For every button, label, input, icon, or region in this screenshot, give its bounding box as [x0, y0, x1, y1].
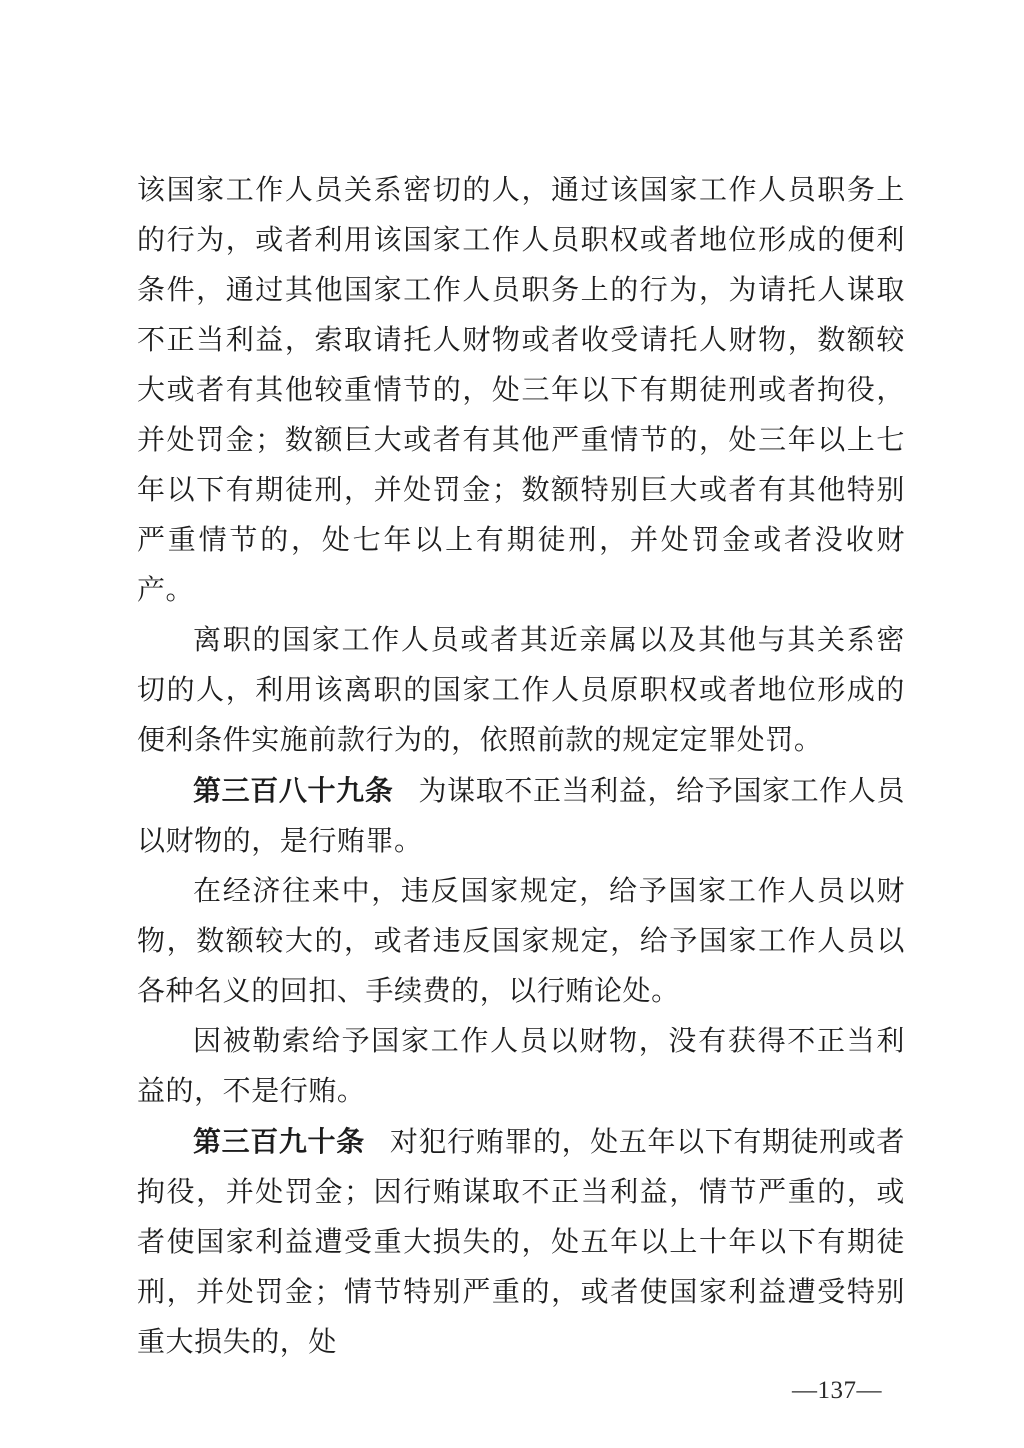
article-number: 第三百八十九条 — [193, 775, 393, 806]
paragraph: 因被勒索给予国家工作人员以财物，没有获得不正当利益的，不是行贿。 — [137, 1017, 905, 1117]
paragraph-text: 在经济往来中，违反国家规定，给予国家工作人员以财物，数额较大的，或者违反国家规定… — [137, 876, 905, 1007]
article-number: 第三百九十条 — [193, 1126, 365, 1157]
document-page: 该国家工作人员关系密切的人，通过该国家工作人员职务上的行为，或者利用该国家工作人… — [0, 0, 1024, 1448]
paragraph-text: 因被勒索给予国家工作人员以财物，没有获得不正当利益的，不是行贿。 — [137, 1026, 905, 1107]
text-block: 该国家工作人员关系密切的人，通过该国家工作人员职务上的行为，或者利用该国家工作人… — [137, 166, 905, 1368]
paragraph-text: 对犯行贿罪的，处五年以下有期徒刑或者拘役，并处罚金；因行贿谋取不正当利益，情节严… — [137, 1127, 905, 1358]
paragraph: 在经济往来中，违反国家规定，给予国家工作人员以财物，数额较大的，或者违反国家规定… — [137, 867, 905, 1017]
page-number: —137— — [792, 1376, 882, 1406]
paragraph-text: 离职的国家工作人员或者其近亲属以及其他与其关系密切的人，利用该离职的国家工作人员… — [137, 625, 905, 756]
paragraph: 该国家工作人员关系密切的人，通过该国家工作人员职务上的行为，或者利用该国家工作人… — [137, 166, 905, 616]
paragraph: 第三百九十条对犯行贿罪的，处五年以下有期徒刑或者拘役，并处罚金；因行贿谋取不正当… — [137, 1117, 905, 1368]
paragraph: 离职的国家工作人员或者其近亲属以及其他与其关系密切的人，利用该离职的国家工作人员… — [137, 616, 905, 766]
paragraph: 第三百八十九条为谋取不正当利益，给予国家工作人员以财物的，是行贿罪。 — [137, 766, 905, 867]
paragraph-text: 该国家工作人员关系密切的人，通过该国家工作人员职务上的行为，或者利用该国家工作人… — [137, 175, 905, 606]
